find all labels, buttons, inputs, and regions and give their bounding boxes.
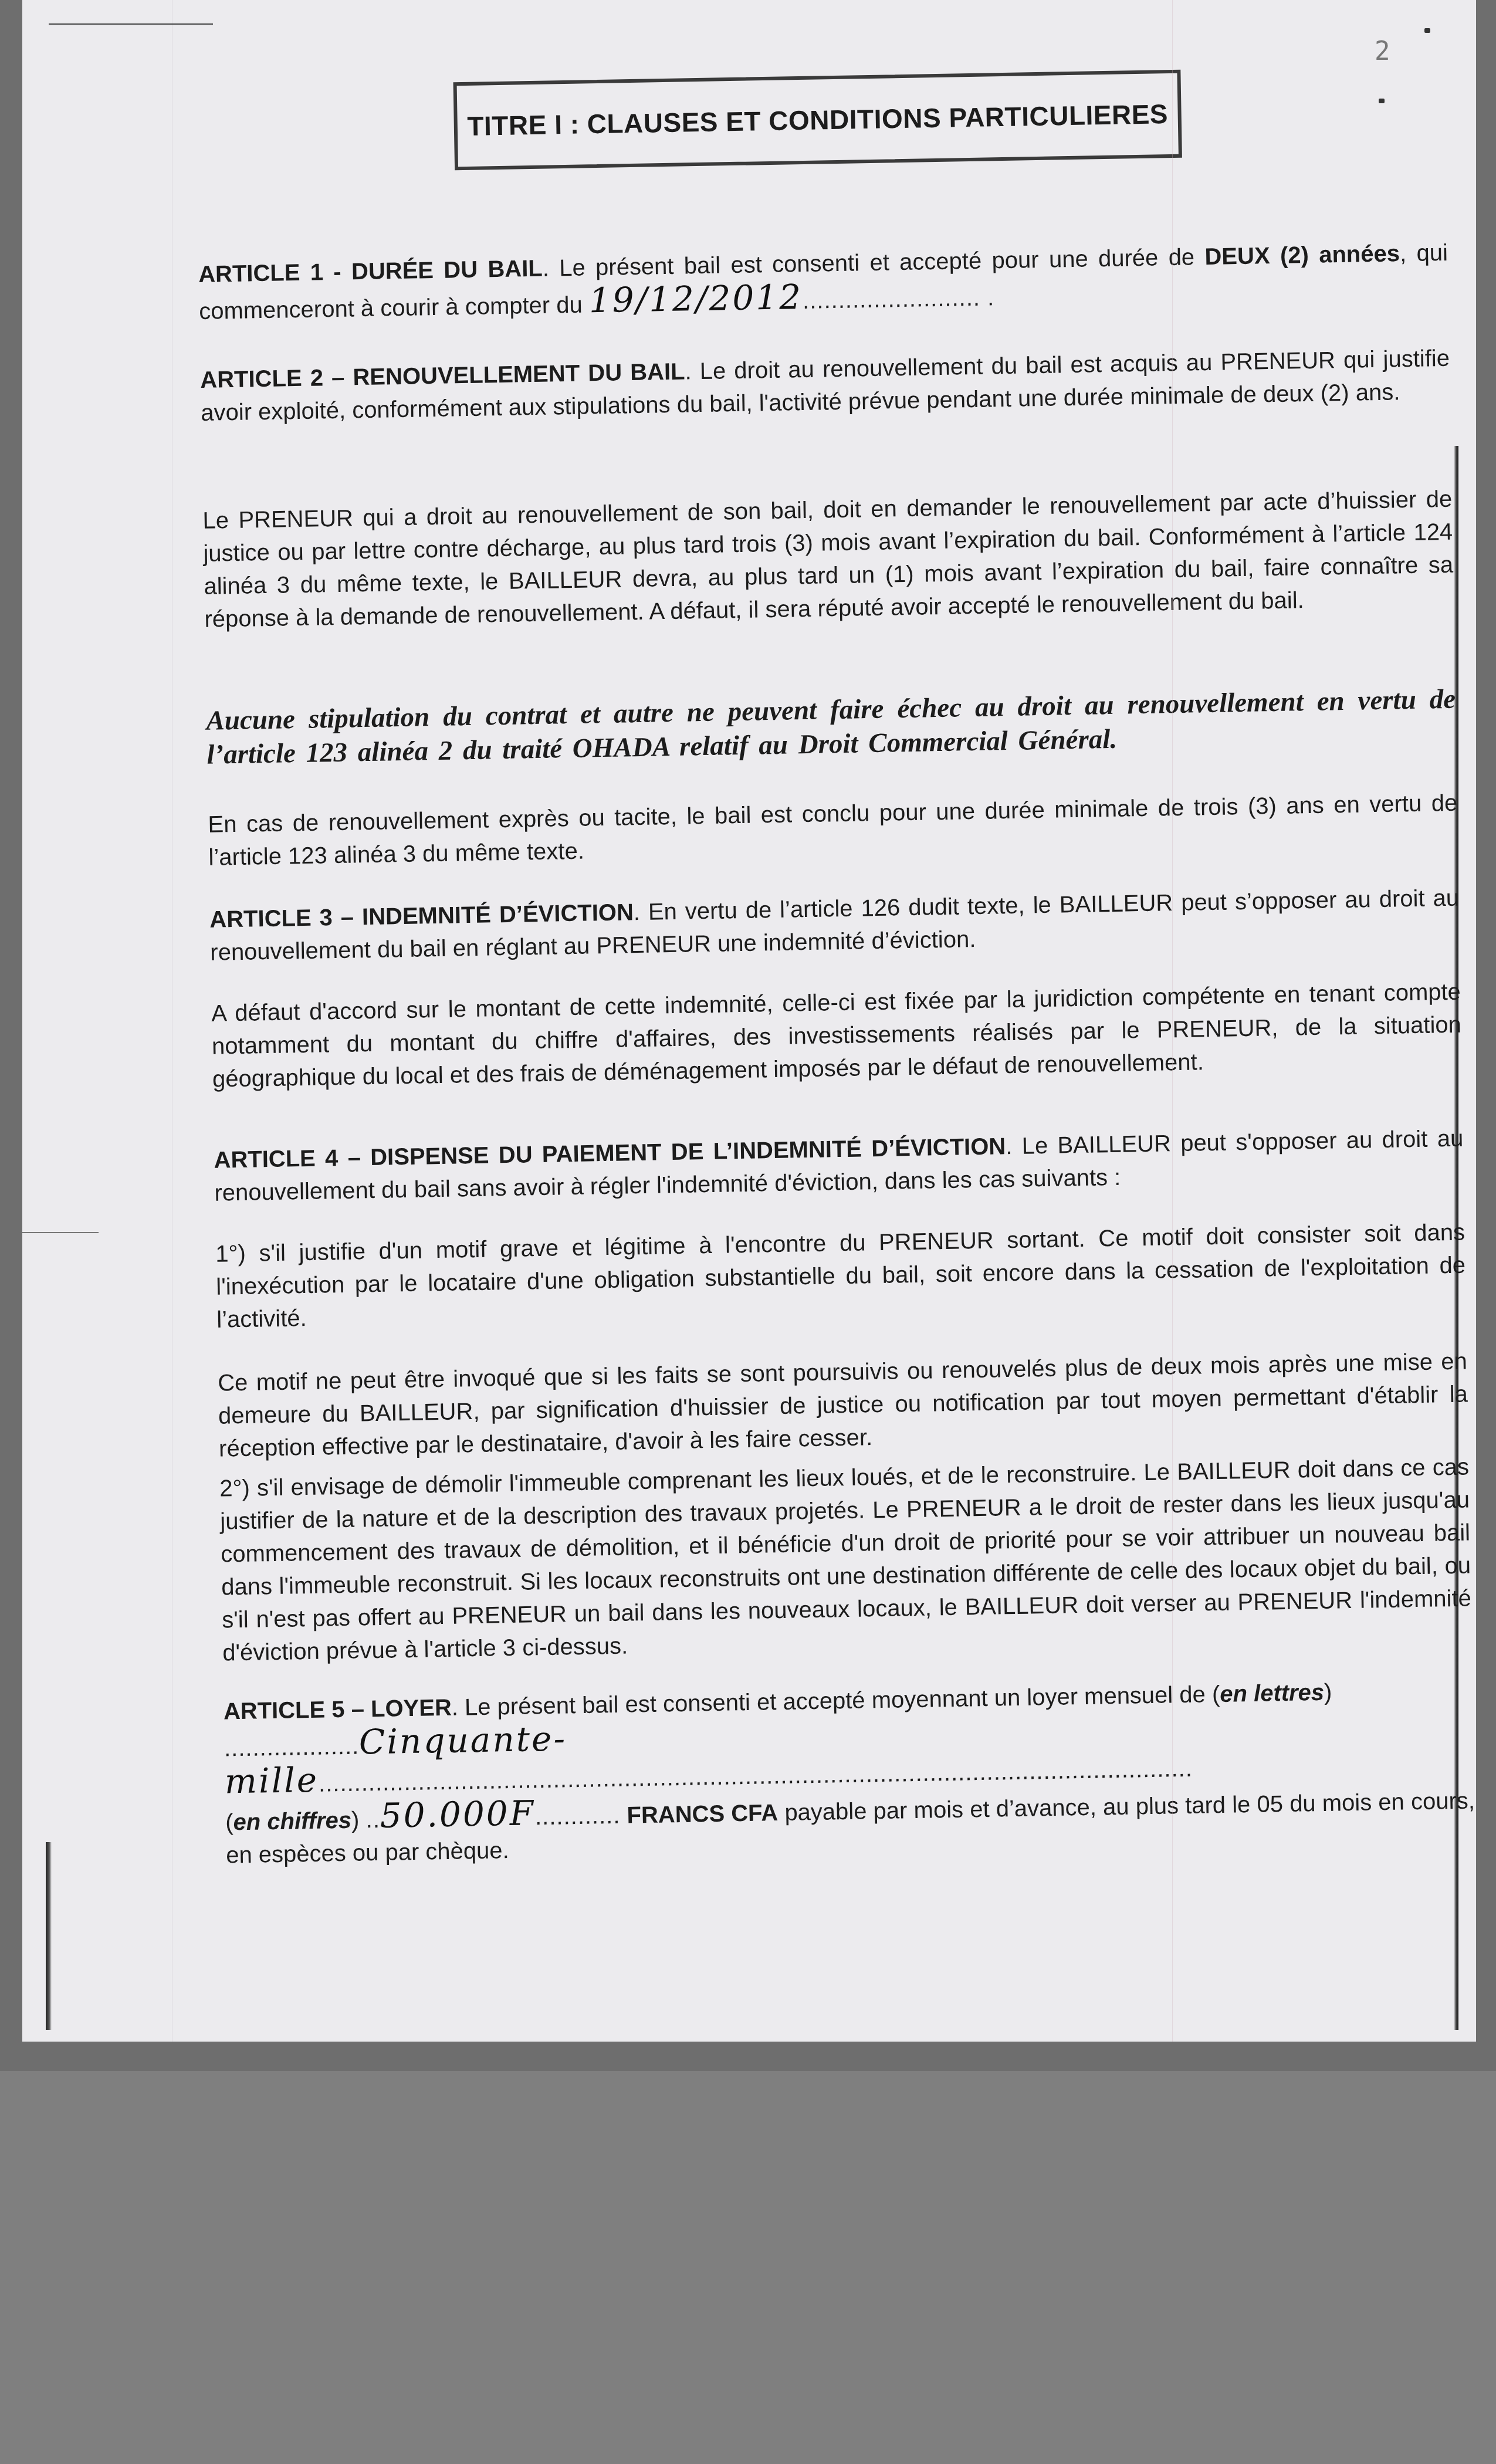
article-4-p4: 2°) s'il envisage de démolir l'immeuble … [219, 1450, 1473, 1669]
fill-dots: ........................................… [319, 1756, 1193, 1797]
article-1-heading: ARTICLE 1 - DURÉE DU BAIL [198, 256, 543, 287]
lease-duration: DEUX (2) années [1204, 241, 1400, 270]
article-1: ARTICLE 1 - DURÉE DU BAIL. Le présent ba… [198, 236, 1449, 328]
article-2-p3-italic: Aucune stipulation du contrat et autre n… [206, 682, 1457, 772]
margin-rule [22, 1232, 99, 1233]
en-lettres-label: en lettres [1220, 1680, 1325, 1707]
article-4-p2: 1°) s'il justifie d'un motif grave et lé… [215, 1216, 1467, 1336]
punch-mark-icon [1424, 28, 1430, 33]
article-5-text: . Le présent bail est consenti et accept… [451, 1681, 1220, 1721]
article-2-p4: En cas de renouvellement exprès ou tacit… [208, 787, 1458, 874]
article-3-heading: ARTICLE 3 – INDEMNITÉ D’ÉVICTION [209, 899, 634, 933]
page-number: 2 [1375, 36, 1390, 66]
article-3-p1: ARTICLE 3 – INDEMNITÉ D’ÉVICTION. En ver… [209, 882, 1460, 969]
article-4-p1: ARTICLE 4 – DISPENSE DU PAIEMENT DE L’IN… [214, 1122, 1464, 1210]
article-2-p1: ARTICLE 2 – RENOUVELLEMENT DU BAIL. Le d… [200, 342, 1451, 429]
currency: FRANCS CFA [627, 1800, 779, 1828]
punch-mark-icon [1379, 99, 1385, 103]
en-chiffres-label: en chiffres [233, 1808, 351, 1836]
document-page: 2 TITRE I : CLAUSES ET CONDITIONS PARTIC… [22, 0, 1476, 2042]
article-4-p3: Ce motif ne peut être invoqué que si les… [218, 1345, 1469, 1465]
title-box: TITRE I : CLAUSES ET CONDITIONS PARTICUL… [453, 70, 1182, 171]
start-date-handwritten: 19/12/2012 [588, 277, 803, 320]
article-5: ARTICLE 5 – LOYER. Le présent bail est c… [223, 1673, 1475, 1871]
article-1-text: . Le présent bail est consenti et accept… [542, 244, 1204, 282]
fill-dots: ............ [535, 1803, 621, 1830]
article-3-p2: A défaut d'accord sur le montant de cett… [211, 976, 1463, 1096]
fill-dots: .. [365, 1807, 380, 1833]
rent-amount-figures-handwritten: 50.000F [380, 1793, 535, 1836]
article-5-paren: ) [1324, 1680, 1332, 1705]
article-4-heading: ARTICLE 4 – DISPENSE DU PAIEMENT DE L’IN… [214, 1133, 1006, 1173]
fill-dots: ................... [224, 1734, 360, 1762]
article-2-heading: ARTICLE 2 – RENOUVELLEMENT DU BAIL [200, 358, 685, 392]
fill-dots: ......................... . [803, 285, 995, 314]
article-2-p2: Le PRENEUR qui a droit au renouvellement… [202, 483, 1454, 636]
top-rule [49, 23, 213, 25]
scan-edge-left [46, 1842, 52, 2030]
article-5-heading: ARTICLE 5 – LOYER [224, 1695, 452, 1725]
page-title: TITRE I : CLAUSES ET CONDITIONS PARTICUL… [467, 98, 1168, 142]
